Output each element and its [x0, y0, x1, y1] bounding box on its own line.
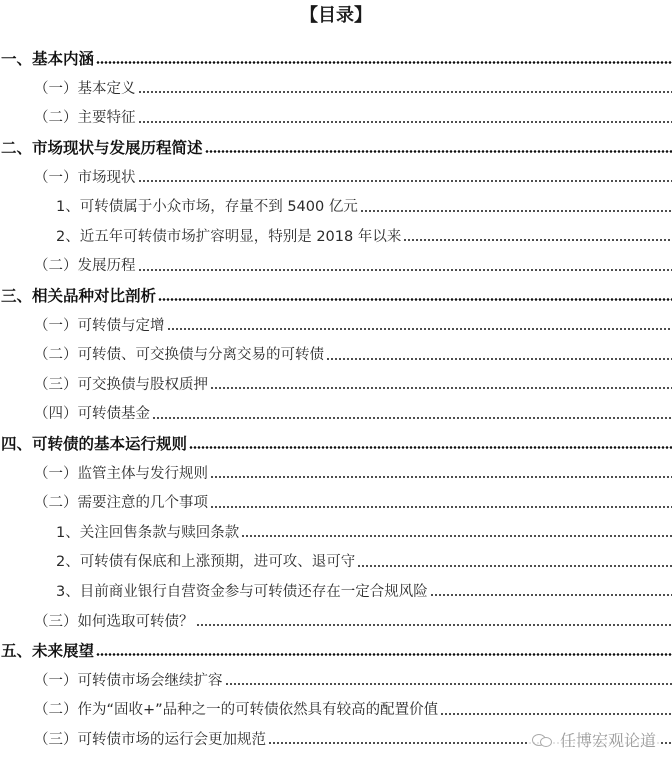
toc-subsection[interactable]: （二）作为“固收+”品种之一的可转债依然具有较高的配置价值 — [0, 694, 672, 724]
toc-subsection[interactable]: （四）可转债基金 — [0, 398, 672, 428]
toc-subsection[interactable]: （一）监管主体与发行规则 — [0, 457, 672, 487]
toc-entry-text: 2、可转债有保底和上涨预期，进可攻、退可守 — [56, 550, 356, 571]
toc-item[interactable]: 1、可转债属于小众市场，存量不到 5400 亿元 — [0, 191, 672, 221]
toc-entry-text: （二）需要注意的几个事项 — [34, 491, 209, 512]
toc-entry-text: 二、市场现状与发展历程简述 — [1, 136, 204, 158]
toc-section-1[interactable]: 一、基本内涵 — [0, 43, 672, 73]
toc-entry-text: （三）如何选取可转债？ — [34, 610, 195, 631]
toc-entry-text: （二）主要特征 — [34, 106, 137, 127]
watermark-text: 任博宏观论道 — [560, 728, 656, 751]
toc-entry-text: 2、近五年可转债市场扩容明显，特别是 2018 年以来 — [56, 225, 402, 246]
dot-leader — [210, 476, 672, 478]
toc-entry-text: （一）基本定义 — [34, 77, 137, 98]
dot-leader — [167, 328, 672, 330]
toc-entry-text: （一）市场现状 — [34, 166, 137, 187]
toc-entry-text: （三）可交换债与股权质押 — [34, 373, 209, 394]
toc-subsection[interactable]: （二）需要注意的几个事项 — [0, 487, 672, 517]
toc-section-5[interactable]: 五、未来展望 — [0, 635, 672, 665]
toc-entry-text: 1、关注回售条款与赎回条款 — [56, 521, 240, 542]
toc-subsection[interactable]: （三）如何选取可转债？ — [0, 605, 672, 635]
toc-entry-text: 四、可转债的基本运行规则 — [1, 432, 188, 454]
toc-section-4[interactable]: 四、可转债的基本运行规则 — [0, 428, 672, 458]
dot-leader — [326, 358, 672, 360]
toc-subsection[interactable]: （三）可交换债与股权质押 — [0, 369, 672, 399]
dot-leader — [225, 683, 672, 685]
dot-leader — [210, 506, 672, 508]
toc-entry-text: 三、相关品种对比剖析 — [1, 284, 157, 306]
toc-section-3[interactable]: 三、相关品种对比剖析 — [0, 280, 672, 310]
toc-subsection[interactable]: （一）可转债市场会继续扩容 — [0, 664, 672, 694]
dot-leader — [357, 565, 672, 567]
toc-title: 【目录】 — [0, 2, 672, 30]
dot-leader — [205, 150, 672, 153]
toc-entry-text: （一）可转债市场会继续扩容 — [34, 669, 224, 690]
toc-subsection[interactable]: （一）可转债与定增 — [0, 309, 672, 339]
toc-subsection[interactable]: （一）基本定义 — [0, 73, 672, 103]
dot-leader — [96, 653, 672, 656]
toc-subsection[interactable]: （二）可转债、可交换债与分离交易的可转债 — [0, 339, 672, 369]
dot-leader — [403, 239, 672, 241]
dot-leader — [138, 180, 672, 182]
dot-leader — [189, 446, 672, 449]
toc-item[interactable]: 2、可转债有保底和上涨预期，进可攻、退可守 — [0, 546, 672, 576]
dot-leader — [196, 624, 672, 626]
dot-leader — [241, 535, 672, 537]
toc-entry-text: （一）可转债与定增 — [34, 314, 166, 335]
toc-section-2[interactable]: 二、市场现状与发展历程简述 — [0, 132, 672, 162]
dot-leader — [96, 61, 672, 64]
toc-entry-text: （二）发展历程 — [34, 254, 137, 275]
watermark: 任博宏观论道 — [528, 726, 660, 753]
dot-leader — [430, 594, 672, 596]
dot-leader — [152, 417, 672, 419]
toc-entry-text: 五、未来展望 — [1, 639, 95, 661]
table-of-contents: 一、基本内涵 （一）基本定义 （二）主要特征 二、市场现状与发展历程简述 （一）… — [0, 43, 672, 753]
toc-entry-text: （一）监管主体与发行规则 — [34, 462, 209, 483]
toc-subsection[interactable]: （二）发展历程 — [0, 250, 672, 280]
dot-leader — [360, 210, 672, 212]
toc-item[interactable]: 2、近五年可转债市场扩容明显，特别是 2018 年以来 — [0, 221, 672, 251]
toc-item[interactable]: 3、目前商业银行自营资金参与可转债还存在一定合规风险 — [0, 576, 672, 606]
toc-subsection[interactable]: （二）主要特征 — [0, 102, 672, 132]
toc-entry-text: 1、可转债属于小众市场，存量不到 5400 亿元 — [56, 195, 359, 216]
dot-leader — [138, 91, 672, 93]
dot-leader — [138, 269, 672, 271]
dot-leader — [210, 387, 672, 389]
toc-entry-text: 3、目前商业银行自营资金参与可转债还存在一定合规风险 — [56, 580, 429, 601]
dot-leader — [158, 298, 672, 301]
toc-entry-text: （二）可转债、可交换债与分离交易的可转债 — [34, 343, 325, 364]
toc-subsection[interactable]: （一）市场现状 — [0, 161, 672, 191]
toc-entry-text: （四）可转债基金 — [34, 402, 151, 423]
toc-entry-text: （三）可转债市场的运行会更加规范 — [34, 728, 267, 749]
dot-leader — [138, 121, 672, 123]
dot-leader — [440, 713, 672, 715]
toc-entry-text: （二）作为“固收+”品种之一的可转债依然具有较高的配置价值 — [34, 698, 439, 719]
toc-item[interactable]: 1、关注回售条款与赎回条款 — [0, 517, 672, 547]
toc-entry-text: 一、基本内涵 — [1, 47, 95, 69]
wechat-icon — [532, 732, 554, 748]
